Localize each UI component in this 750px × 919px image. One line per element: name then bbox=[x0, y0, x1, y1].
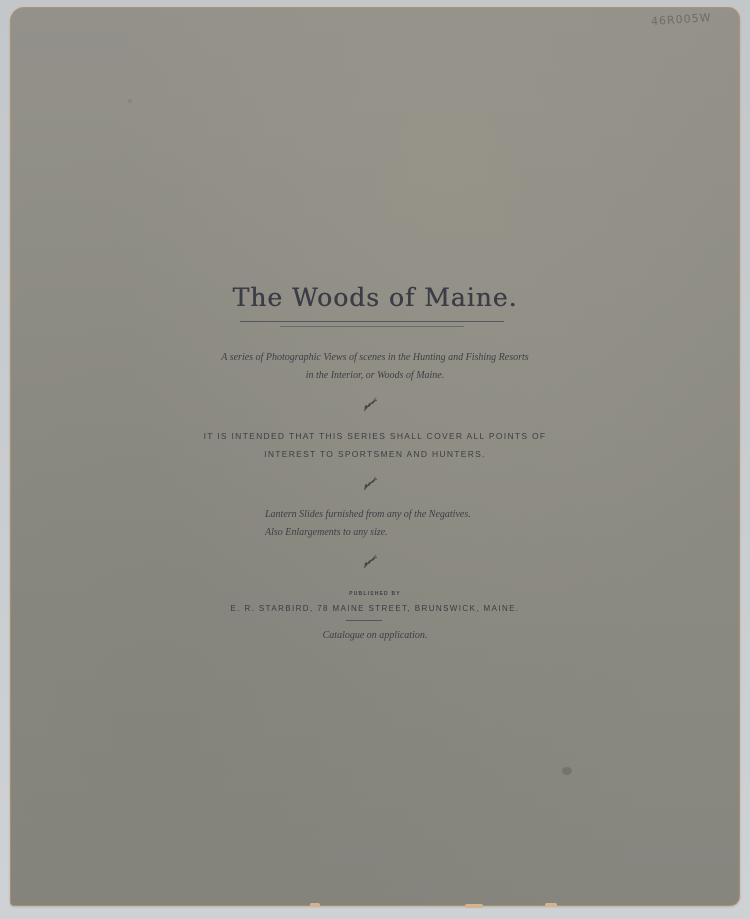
leaf-sprig-icon bbox=[362, 555, 378, 569]
lantern-slides-line: Lantern Slides furnished from any of the… bbox=[265, 509, 471, 520]
catalogue-note: Catalogue on application. bbox=[0, 630, 750, 641]
page-title: The Woods of Maine. bbox=[0, 283, 750, 312]
intent-line-1: IT IS INTENDED THAT THIS SERIES SHALL CO… bbox=[0, 431, 750, 441]
publisher-divider bbox=[346, 620, 382, 621]
leaf-sprig-icon bbox=[362, 398, 378, 412]
edge-chip bbox=[465, 904, 483, 908]
title-underline-long bbox=[240, 321, 504, 322]
publisher-address: E. R. STARBIRD, 78 MAINE STREET, BRUNSWI… bbox=[0, 604, 750, 613]
edge-chip bbox=[545, 903, 557, 907]
title-underline-short bbox=[280, 326, 464, 327]
subtitle-line-2: in the Interior, or Woods of Maine. bbox=[0, 370, 750, 381]
stain-mark bbox=[562, 767, 572, 775]
edge-chip bbox=[310, 903, 320, 907]
enlargements-line: Also Enlargements to any size. bbox=[265, 527, 388, 538]
stain-mark bbox=[128, 99, 132, 103]
subtitle-line-1: A series of Photographic Views of scenes… bbox=[0, 352, 750, 363]
leaf-sprig-icon bbox=[362, 477, 378, 491]
intent-line-2: INTEREST TO SPORTSMEN AND HUNTERS. bbox=[0, 449, 750, 459]
published-by-label: PUBLISHED BY bbox=[0, 591, 750, 597]
